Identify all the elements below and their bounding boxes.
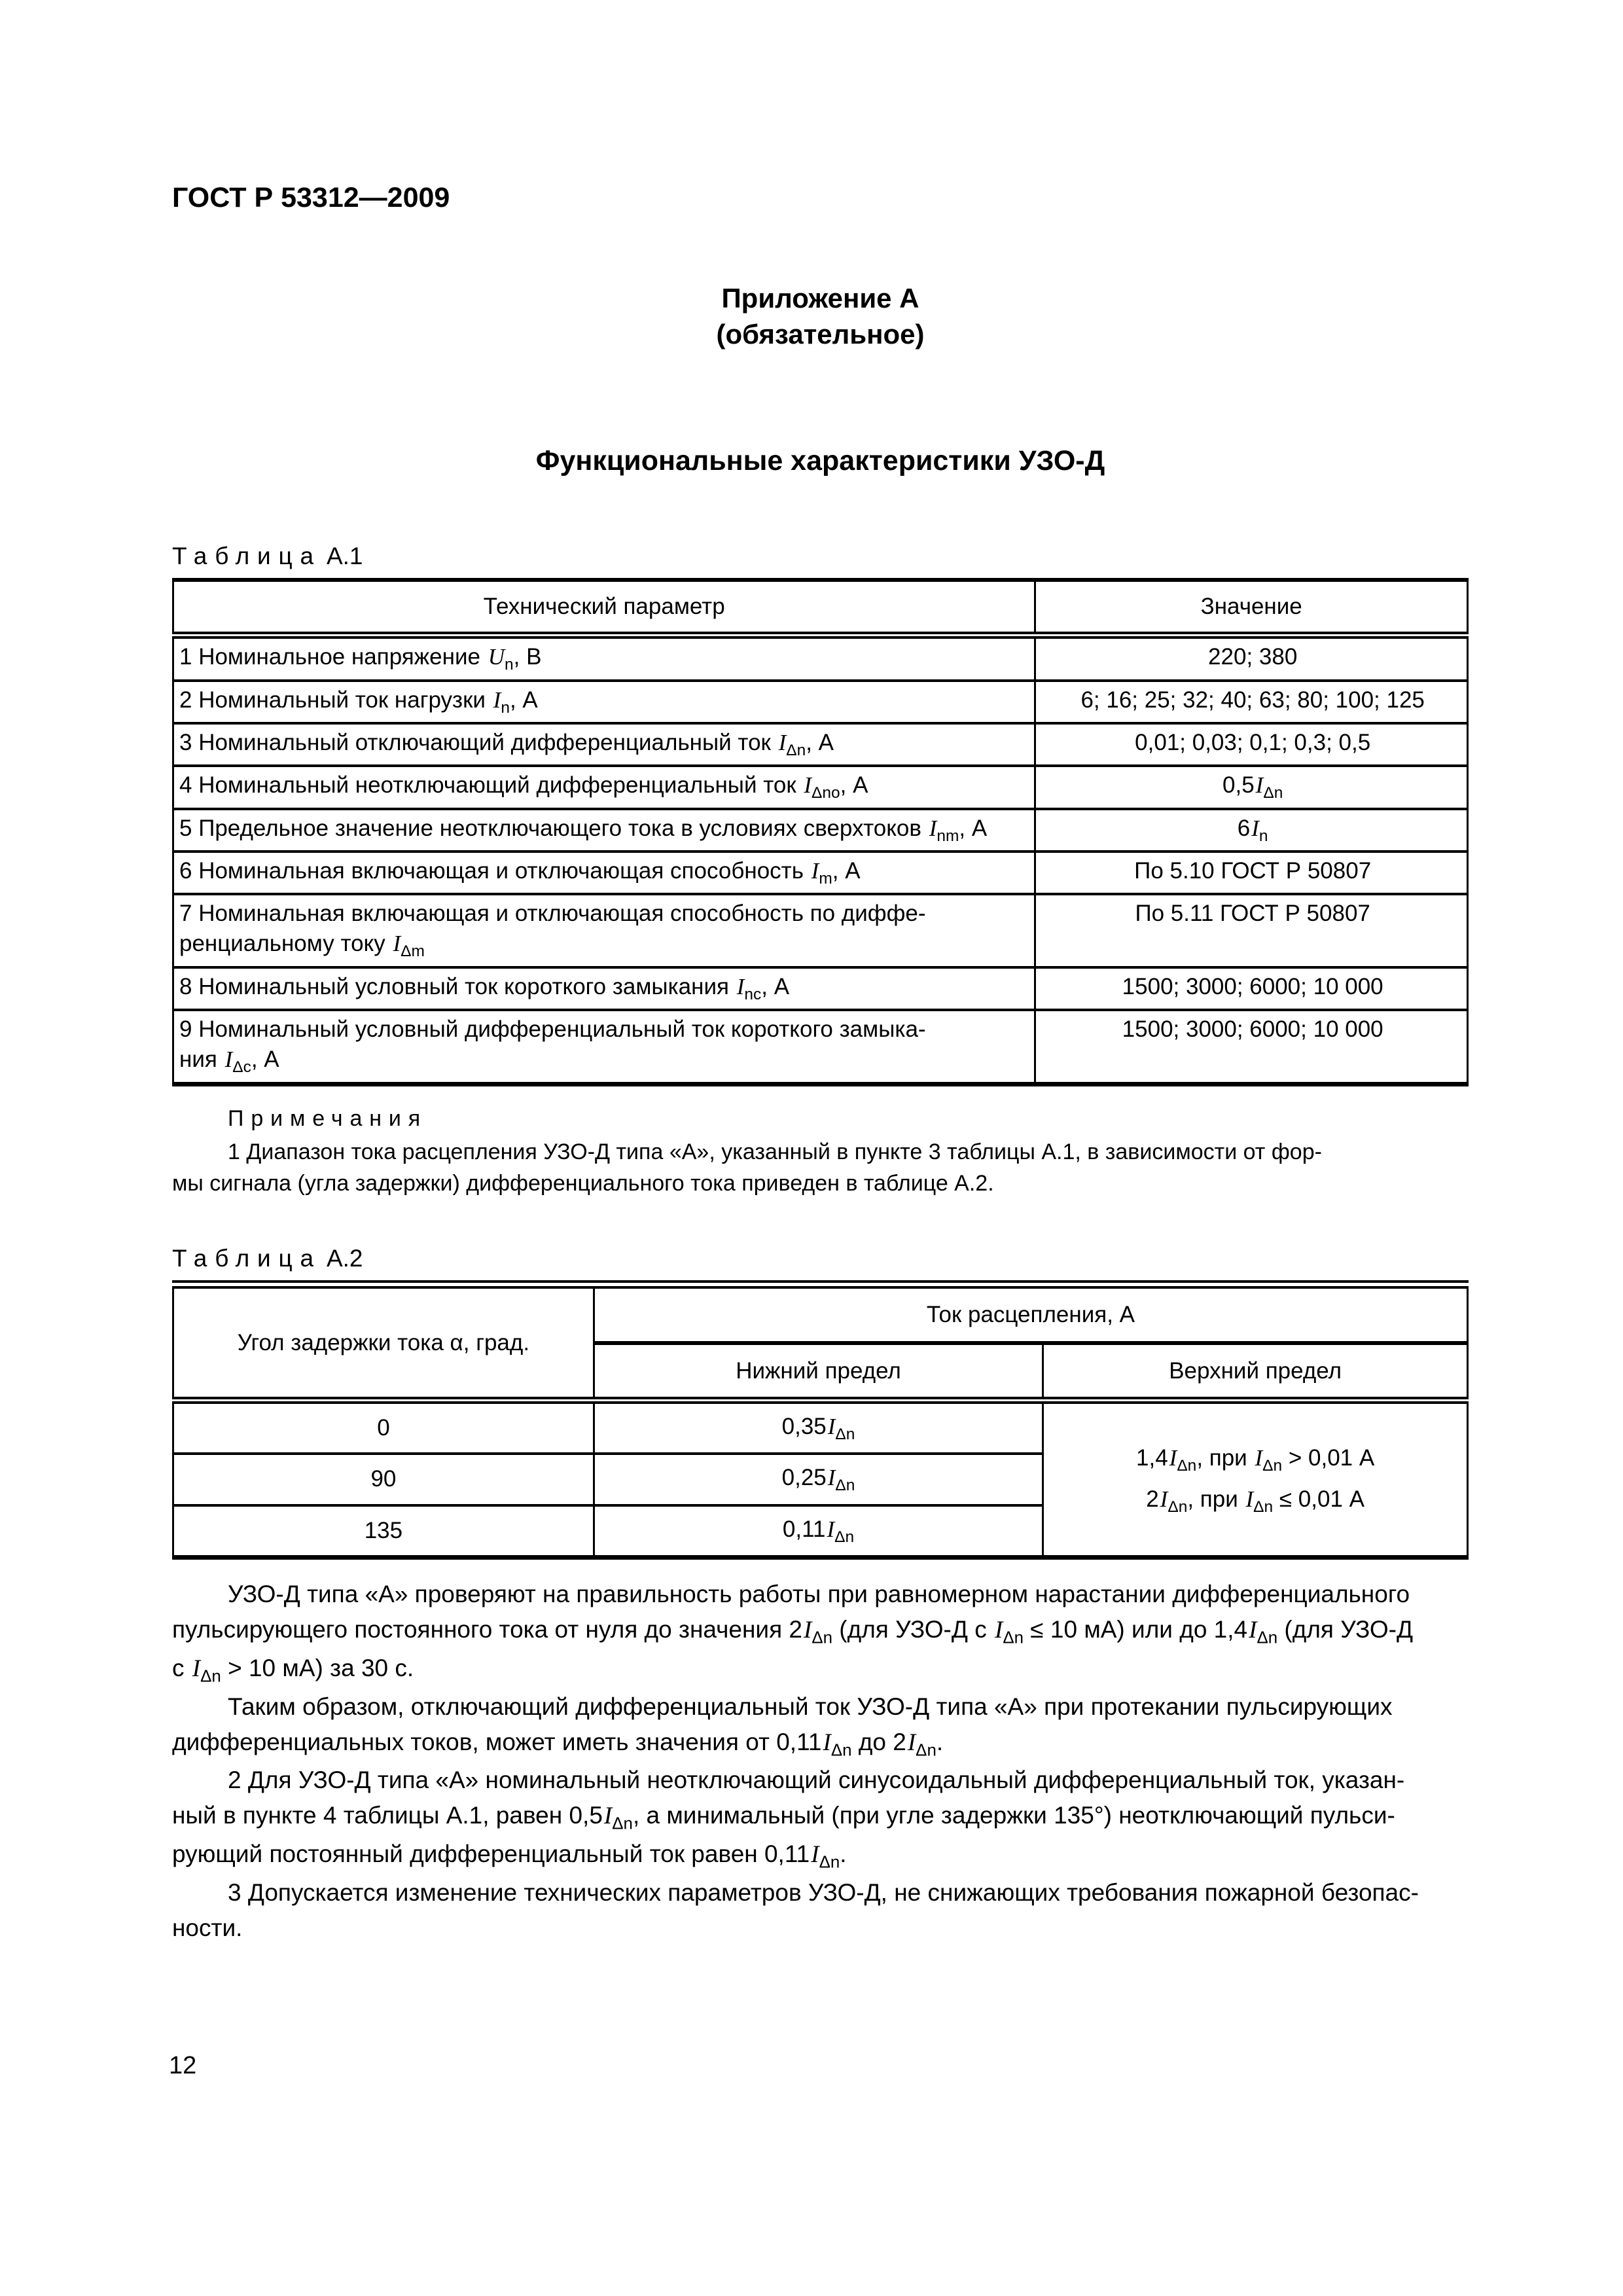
table-a2: Угол задержки тока α, град. Ток расцепле… xyxy=(172,1280,1469,1560)
value-cell: По 5.11 ГОСТ Р 50807 xyxy=(1035,894,1468,967)
upper-limit-cell: 1,4IΔn, при IΔn > 0,01 А2IΔn, при IΔn ≤ … xyxy=(1043,1400,1468,1558)
param-cell: 9 Номинальный условный дифференциальный … xyxy=(173,1010,1035,1084)
value-cell: 1500; 3000; 6000; 10 000 xyxy=(1035,1010,1468,1084)
lower-limit-header: Нижний предел xyxy=(594,1343,1043,1401)
table-a1-header-row: Технический параметр Значение xyxy=(173,580,1468,636)
table-row: 5 Предельное значение неотключающего ток… xyxy=(173,809,1468,852)
value-cell: По 5.10 ГОСТ Р 50807 xyxy=(1035,852,1468,894)
body-paragraph-1: УЗО-Д типа «А» проверяют на правильность… xyxy=(172,1577,1469,1689)
body-paragraph-3: 2 Для УЗО-Д типа «А» номинальный неотклю… xyxy=(172,1763,1469,1875)
angle-column-header: Угол задержки тока α, град. xyxy=(173,1285,594,1401)
table-a1-caption: ТаблицаА.1 xyxy=(172,543,1469,570)
note-1: 1 Диапазон тока расцепления УЗО-Д типа «… xyxy=(172,1137,1469,1199)
angle-cell: 0 xyxy=(173,1400,594,1454)
param-cell: 1 Номинальное напряжение Un, В xyxy=(173,636,1035,681)
angle-cell: 90 xyxy=(173,1454,594,1505)
lower-limit-cell: 0,25IΔn xyxy=(594,1454,1043,1505)
table-a1-col-param: Технический параметр xyxy=(173,580,1035,636)
doc-code-header: ГОСТ Р 53312—2009 xyxy=(172,182,1469,214)
param-cell: 2 Номинальный ток нагрузки In, А xyxy=(173,681,1035,723)
page-number: 12 xyxy=(169,2052,196,2080)
appendix-title: Приложение А xyxy=(172,281,1469,317)
upper-limit-header: Верхний предел xyxy=(1043,1343,1468,1401)
param-cell: 4 Номинальный неотключающий дифференциал… xyxy=(173,766,1035,808)
table-a1-caption-label: Таблица xyxy=(172,543,321,569)
param-cell: 6 Номинальная включающая и отключающая с… xyxy=(173,852,1035,894)
table-row: 1 Номинальное напряжение Un, В 220; 380 xyxy=(173,636,1468,681)
param-cell: 7 Номинальная включающая и отключающая с… xyxy=(173,894,1035,967)
table-row: 2 Номинальный ток нагрузки In, А 6; 16; … xyxy=(173,681,1468,723)
appendix-heading: Приложение А (обязательное) xyxy=(172,281,1469,352)
value-cell: 6In xyxy=(1035,809,1468,852)
trip-current-header: Ток расцепления, А xyxy=(594,1285,1467,1343)
table-a2-header-row-1: Угол задержки тока α, град. Ток расцепле… xyxy=(173,1285,1468,1343)
body-paragraph-4: 3 Допускается изменение технических пара… xyxy=(172,1875,1469,1945)
notes-block: Примечания 1 Диапазон тока расцепления У… xyxy=(172,1103,1469,1200)
table-a1: Технический параметр Значение 1 Номиналь… xyxy=(172,578,1469,1086)
table-row: 7 Номинальная включающая и отключающая с… xyxy=(173,894,1468,967)
table-a2-caption-label: Таблица xyxy=(172,1245,321,1272)
param-cell: 5 Предельное значение неотключающего ток… xyxy=(173,809,1035,852)
table-row: 6 Номинальная включающая и отключающая с… xyxy=(173,852,1468,894)
value-cell: 6; 16; 25; 32; 40; 63; 80; 100; 125 xyxy=(1035,681,1468,723)
table-row: 9 Номинальный условный дифференциальный … xyxy=(173,1010,1468,1084)
lower-limit-cell: 0,35IΔn xyxy=(594,1400,1043,1454)
value-cell: 220; 380 xyxy=(1035,636,1468,681)
table-a1-col-value: Значение xyxy=(1035,580,1468,636)
table-a2-caption: ТаблицаА.2 xyxy=(172,1245,1469,1272)
body-paragraph-2: Таким образом, отключающий дифференциаль… xyxy=(172,1689,1469,1763)
body-text: УЗО-Д типа «А» проверяют на правильность… xyxy=(172,1577,1469,1945)
appendix-subtitle: (обязательное) xyxy=(172,317,1469,353)
table-a1-caption-number: А.1 xyxy=(327,543,363,569)
value-cell: 0,01; 0,03; 0,1; 0,3; 0,5 xyxy=(1035,723,1468,766)
value-cell: 1500; 3000; 6000; 10 000 xyxy=(1035,967,1468,1010)
lower-limit-cell: 0,11IΔn xyxy=(594,1505,1043,1558)
table-a2-caption-number: А.2 xyxy=(327,1245,363,1272)
table-row: 4 Номинальный неотключающий дифференциал… xyxy=(173,766,1468,808)
angle-cell: 135 xyxy=(173,1505,594,1558)
page-title: Функциональные характеристики УЗО-Д xyxy=(172,445,1469,477)
table-row: 0 0,35IΔn 1,4IΔn, при IΔn > 0,01 А2IΔn, … xyxy=(173,1400,1468,1454)
document-page: ГОСТ Р 53312—2009 Приложение А (обязател… xyxy=(0,0,1623,2296)
notes-heading: Примечания xyxy=(172,1103,1469,1135)
value-cell: 0,5IΔn xyxy=(1035,766,1468,808)
table-row: 8 Номинальный условный ток короткого зам… xyxy=(173,967,1468,1010)
param-cell: 3 Номинальный отключающий дифференциальн… xyxy=(173,723,1035,766)
param-cell: 8 Номинальный условный ток короткого зам… xyxy=(173,967,1035,1010)
table-row: 3 Номинальный отключающий дифференциальн… xyxy=(173,723,1468,766)
